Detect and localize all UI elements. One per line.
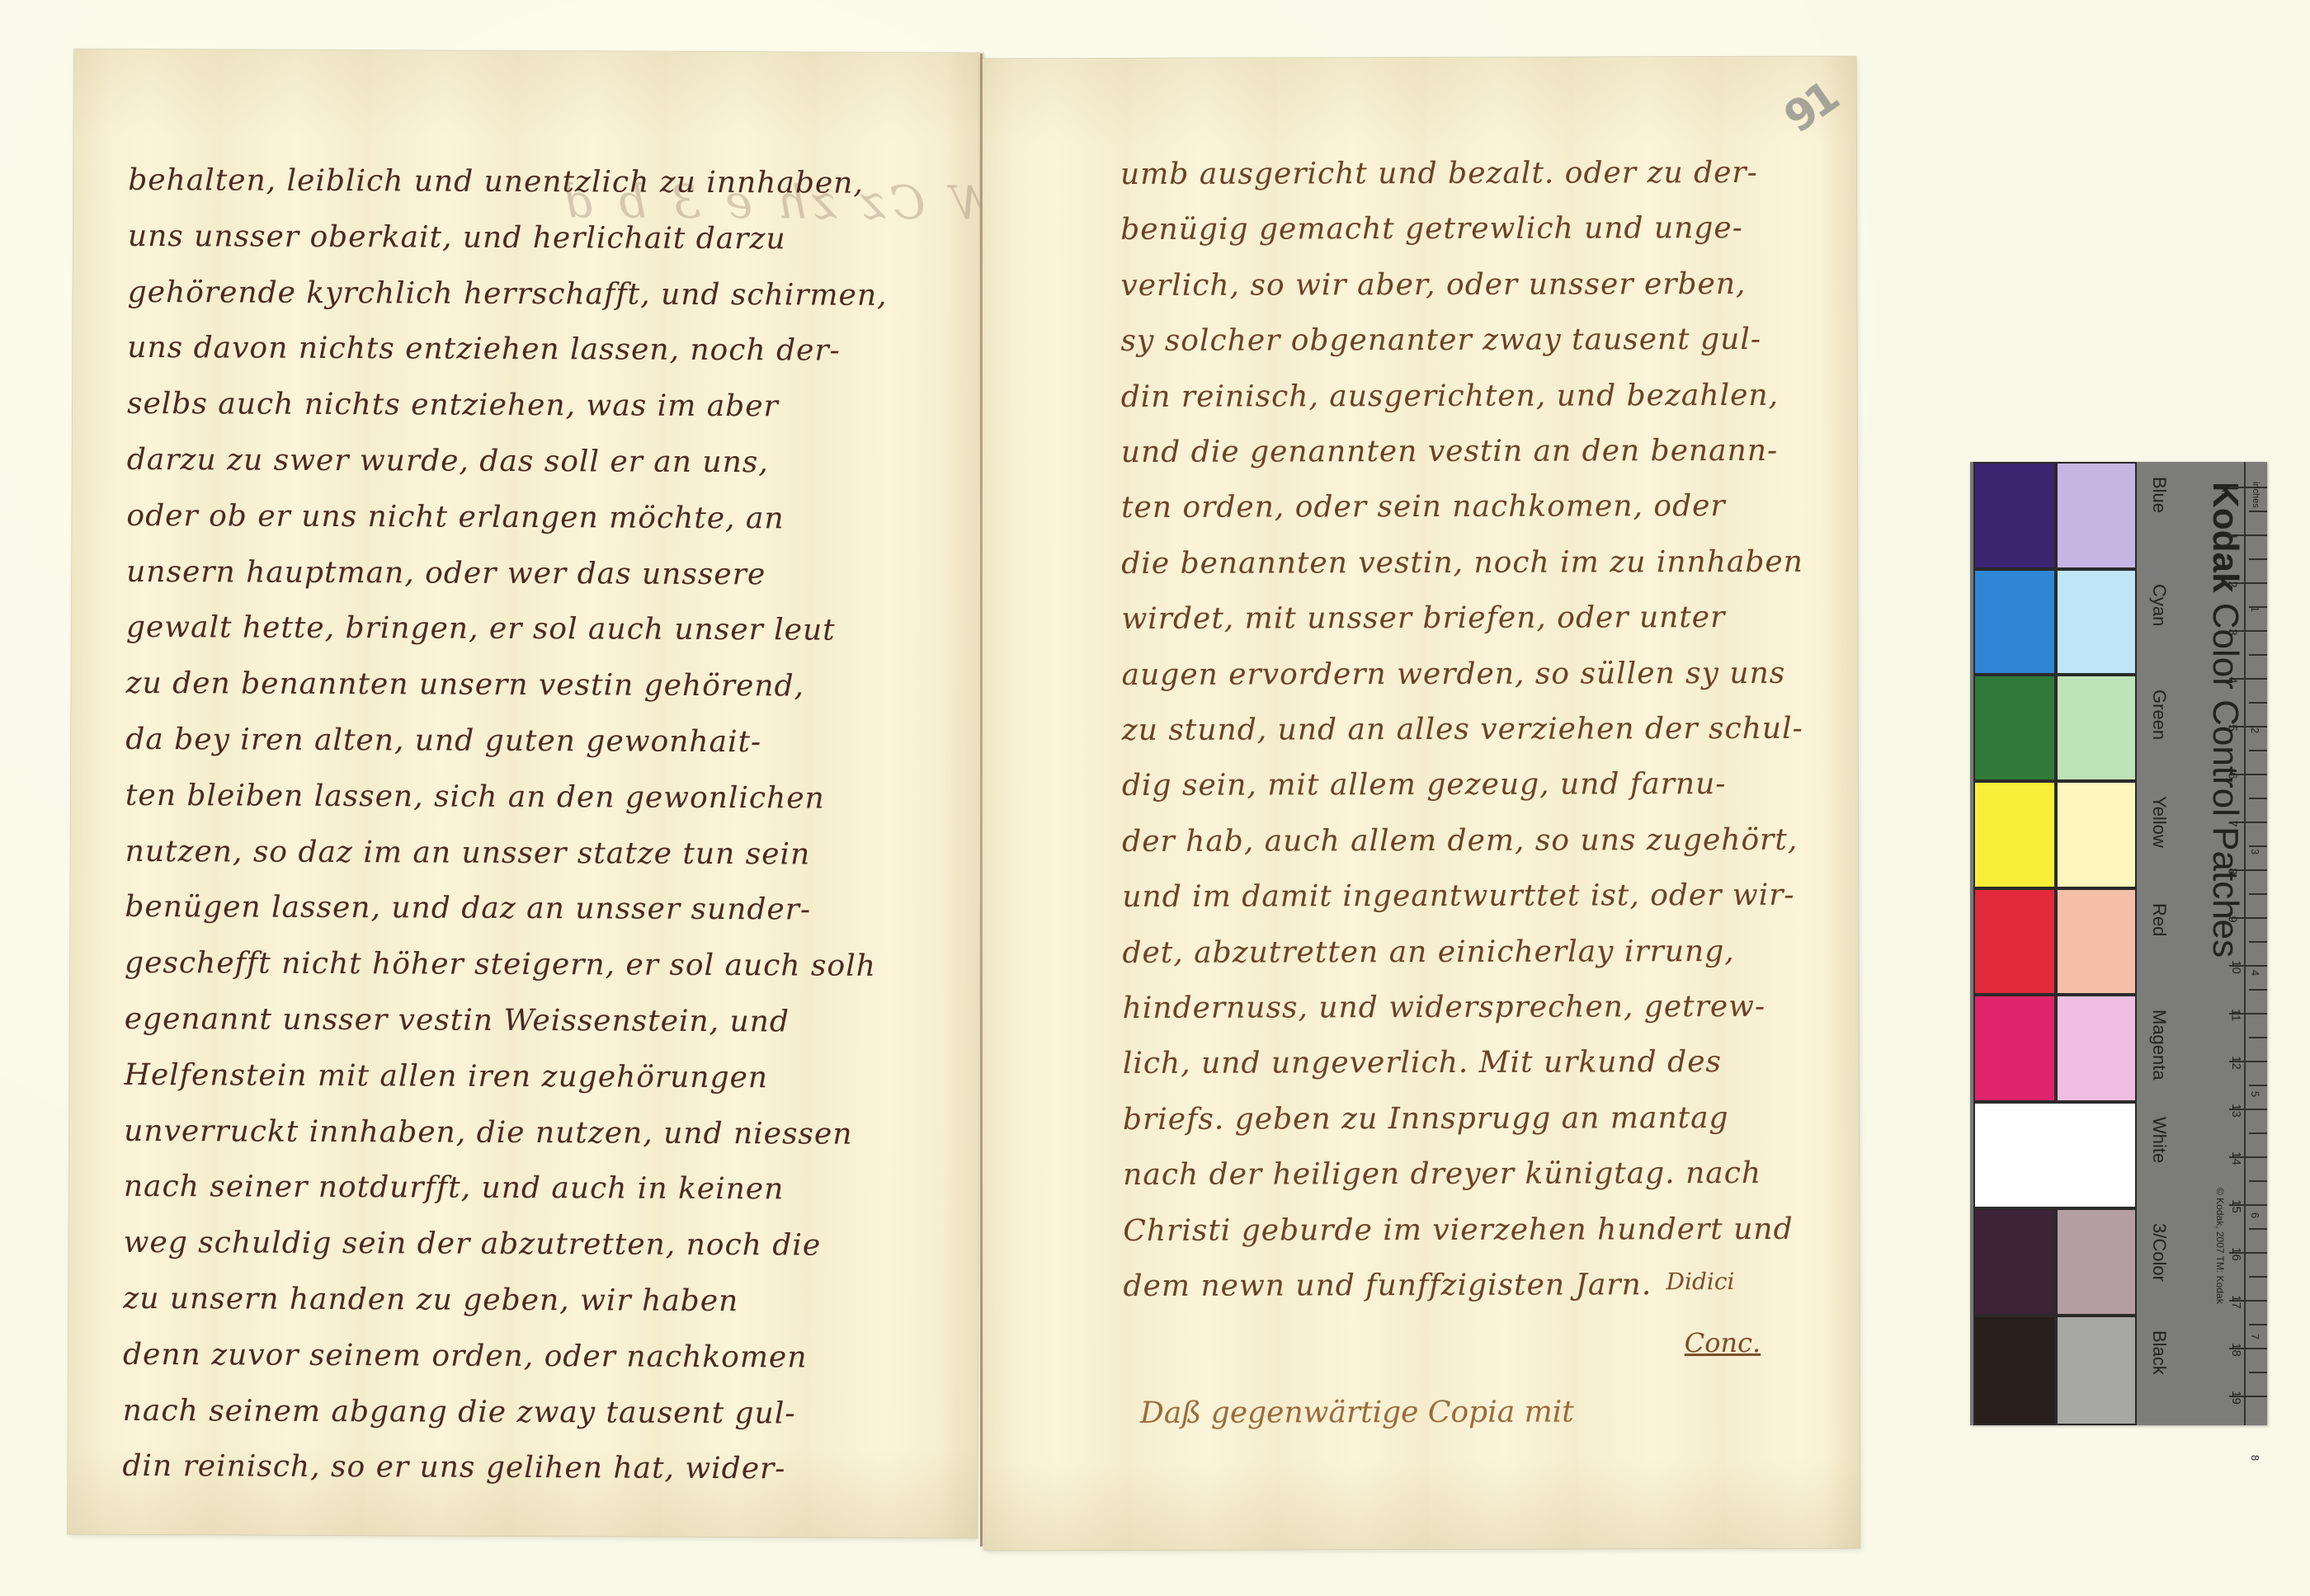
ruler-tick bbox=[2229, 487, 2267, 488]
annotation-conc: Conc. bbox=[1685, 1327, 1761, 1358]
patch-black-light bbox=[2056, 1316, 2137, 1425]
center-fold bbox=[980, 54, 983, 1547]
left-page-text: behalten, leiblich und unentzlich zu inn… bbox=[122, 163, 969, 1536]
annotation-didici: Didici bbox=[1666, 1268, 1734, 1295]
manuscript-line: benügen lassen, und daz an unsser sunder… bbox=[125, 890, 811, 927]
ruler-tick bbox=[2249, 654, 2267, 656]
manuscript-line: augen ervordern werden, so süllen sy uns bbox=[1122, 656, 1786, 691]
ruler-tick bbox=[2249, 798, 2267, 799]
manuscript-line: zu unsern handen zu geben, wir haben bbox=[123, 1282, 738, 1318]
manuscript-line: lich, und ungeverlich. Mit urkund des bbox=[1123, 1045, 1722, 1080]
manuscript-line: nach der heiligen dreyer künigtag. nach bbox=[1123, 1156, 1761, 1192]
brand-label: Kodak Color Control Patches bbox=[2204, 482, 2246, 958]
ruler-tick bbox=[2249, 702, 2267, 704]
title-text: Color Control Patches bbox=[2205, 603, 2246, 958]
cm-tick-label: 3 bbox=[2226, 629, 2240, 635]
cm-tick-label: 11 bbox=[2228, 1009, 2242, 1022]
inch-tick-label: 2 bbox=[2249, 727, 2261, 733]
manuscript-line: zu den benannten unsern vestin gehörend, bbox=[125, 666, 804, 704]
cm-tick-label: 9 bbox=[2226, 916, 2240, 922]
cm-tick-label: 17 bbox=[2229, 1295, 2243, 1309]
cm-tick-label: 12 bbox=[2229, 1056, 2243, 1070]
manuscript-line: ten orden, oder sein nachkomen, oder bbox=[1121, 489, 1726, 525]
cm-tick-label: 14 bbox=[2229, 1151, 2243, 1165]
copyright-label: © Kodak, 2007 TM: Kodak bbox=[2214, 1188, 2226, 1304]
manuscript-line: benügig gemacht getrewlich und unge- bbox=[1120, 211, 1743, 247]
closing-line: Daß gegenwärtige Copia mit bbox=[1140, 1396, 1574, 1430]
patch-label: Green bbox=[2148, 690, 2170, 740]
ruler-tick bbox=[2249, 893, 2267, 895]
manuscript-line: ten bleiben lassen, sich an den gewonlic… bbox=[125, 779, 825, 816]
manuscript-line: gehörende kyrchlich herrschafft, und sch… bbox=[128, 275, 888, 312]
ruler-tick bbox=[2249, 558, 2267, 560]
cm-tick-label: 18 bbox=[2229, 1343, 2243, 1357]
manuscript-line: die benannten vestin, noch im zu innhabe… bbox=[1121, 545, 1803, 581]
patch-label: Blue bbox=[2148, 477, 2170, 513]
manuscript-line: zu stund, und an alles verziehen der sch… bbox=[1122, 712, 1803, 747]
cm-tick-label: 4 bbox=[2226, 676, 2240, 683]
ruler: 1234567891011121314151617181912345678 bbox=[2244, 462, 2267, 1425]
manuscript-line: nach seinem abgang die zway tausent gul- bbox=[123, 1393, 796, 1430]
cm-tick-label: 1 bbox=[2226, 533, 2240, 539]
patch-yellow-light bbox=[2056, 781, 2137, 888]
ruler-tick bbox=[2249, 1276, 2267, 1278]
patch-3-color-dark bbox=[1973, 1208, 2056, 1316]
cm-tick-label: 6 bbox=[2226, 772, 2240, 779]
inch-tick-label: 4 bbox=[2249, 970, 2261, 976]
manuscript-line: unsern hauptman, oder wer das unssere bbox=[126, 554, 766, 591]
manuscript-line: darzu zu swer wurde, das soll er an uns, bbox=[127, 443, 769, 479]
manuscript-line: und die genannten vestin an den benann- bbox=[1121, 434, 1778, 469]
patch-label: Magenta bbox=[2148, 1010, 2170, 1080]
manuscript-line: weg schuldig sein der abzutretten, noch … bbox=[124, 1226, 822, 1263]
patch-yellow-dark bbox=[1973, 781, 2056, 888]
manuscript-line: da bey iren alten, und guten gewonhait- bbox=[125, 723, 761, 759]
patch-label: Cyan bbox=[2148, 584, 2170, 626]
ruler-tick bbox=[2249, 1372, 2267, 1373]
ruler-tick bbox=[2249, 1132, 2267, 1134]
manuscript-line: Christi geburde im vierzehen hundert und bbox=[1123, 1212, 1793, 1247]
ruler-unit-cm: cm bbox=[2219, 485, 2231, 498]
manuscript-page-right: umb ausgericht und bezalt. oder zu der-b… bbox=[980, 57, 1860, 1551]
manuscript-line: der hab, auch allem dem, so uns zugehört… bbox=[1122, 823, 1798, 859]
manuscript-line: wirdet, mit unsser briefen, oder unter bbox=[1121, 600, 1725, 636]
inch-tick-label: 8 bbox=[2249, 1455, 2261, 1461]
patch-label: White bbox=[2148, 1117, 2170, 1163]
manuscript-line: hindernuss, und widersprechen, getrew- bbox=[1123, 990, 1766, 1025]
cm-tick-label: 13 bbox=[2229, 1104, 2243, 1118]
manuscript-line: nach seiner notdurfft, und auch in keine… bbox=[124, 1170, 785, 1206]
manuscript-line: und im damit ingeantwurttet ist, oder wi… bbox=[1122, 878, 1794, 914]
manuscript-line: umb ausgericht und bezalt. oder zu der- bbox=[1120, 156, 1758, 191]
manuscript-line: unverruckt innhaben, die nutzen, und nie… bbox=[124, 1113, 852, 1151]
manuscript-line: dig sein, mit allem gezeug, und farnu- bbox=[1122, 767, 1727, 803]
patch-cyan-light bbox=[2056, 569, 2137, 675]
manuscript-line: uns unsser oberkait, und herlichait darz… bbox=[128, 219, 786, 256]
patch-label: Yellow bbox=[2148, 796, 2170, 848]
kodak-color-target: Kodak Color Control Patches © Kodak, 200… bbox=[1970, 462, 2267, 1425]
inch-tick-label: 5 bbox=[2249, 1091, 2261, 1097]
patch-green-dark bbox=[1973, 675, 2056, 781]
manuscript-line: din reinisch, so er uns gelihen hat, wid… bbox=[122, 1449, 785, 1486]
manuscript-line: behalten, leiblich und unentzlich zu inn… bbox=[128, 163, 864, 200]
manuscript-line: nutzen, so daz im an unsser statze tun s… bbox=[125, 834, 811, 871]
manuscript-line: uns davon nichts entziehen lassen, noch … bbox=[127, 331, 841, 368]
ruler-tick bbox=[2249, 989, 2267, 991]
patch-green-light bbox=[2056, 675, 2137, 781]
ruler-tick bbox=[2249, 941, 2267, 943]
inch-tick-label: 3 bbox=[2249, 849, 2261, 854]
patch-blue-dark bbox=[1973, 462, 2056, 569]
manuscript-line: denn zuvor seinem orden, oder nachkomen bbox=[123, 1338, 808, 1375]
patch-3-color-light bbox=[2056, 1208, 2137, 1316]
inch-tick-label: 7 bbox=[2249, 1334, 2261, 1339]
manuscript-line: briefs. geben zu Innsprugg an mantag bbox=[1123, 1101, 1729, 1137]
manuscript-line: verlich, so wir aber, oder unsser erben, bbox=[1120, 267, 1746, 303]
ruler-tick bbox=[2249, 1180, 2267, 1182]
ruler-unit-inches: inches bbox=[2251, 482, 2260, 508]
manuscript-page-left: W Cz zh e 3 b d behalten, leiblich und u… bbox=[68, 49, 983, 1538]
manuscript-line: Helfenstein mit allen iren zugehörungen bbox=[124, 1058, 768, 1095]
ruler-tick bbox=[2249, 1037, 2267, 1038]
ruler-tick bbox=[2249, 511, 2267, 512]
cm-tick-label: 8 bbox=[2226, 868, 2240, 874]
cm-tick-label: 10 bbox=[2229, 960, 2243, 974]
ruler-tick bbox=[2249, 1228, 2267, 1230]
cm-tick-label: 2 bbox=[2226, 581, 2240, 587]
manuscript-line: dem newn und funffzigisten Jarn. bbox=[1123, 1268, 1652, 1303]
ruler-tick bbox=[2249, 750, 2267, 751]
manuscript-line: din reinisch, ausgerichten, und bezahlen… bbox=[1121, 378, 1779, 413]
patch-red-light bbox=[2056, 888, 2137, 995]
patch-black-dark bbox=[1973, 1316, 2056, 1425]
manuscript-line: selbs auch nichts entziehen, was im aber bbox=[127, 387, 779, 423]
manuscript-line: sy solcher obgenanter zway tausent gul- bbox=[1120, 322, 1761, 358]
patch-cyan-dark bbox=[1973, 569, 2056, 675]
manuscript-line: det, abzutretten an einicherlay irrung, bbox=[1122, 935, 1734, 970]
ruler-tick bbox=[2249, 1085, 2267, 1086]
inch-tick-label: 6 bbox=[2249, 1212, 2261, 1218]
manuscript-line: gewalt hette, bringen, er sol auch unser… bbox=[126, 610, 836, 647]
cm-tick-label: 16 bbox=[2229, 1247, 2243, 1261]
right-page-text: umb ausgericht und bezalt. oder zu der-b… bbox=[1120, 156, 1850, 1395]
patch-label: Black bbox=[2148, 1330, 2170, 1375]
manuscript-line: egenannt unsser vestin Weissenstein, und bbox=[125, 1002, 790, 1039]
cm-tick-label: 19 bbox=[2229, 1391, 2243, 1405]
inch-tick-label: 1 bbox=[2249, 606, 2261, 612]
manuscript-line: geschefft nicht höher steigern, er sol a… bbox=[125, 946, 876, 983]
cm-tick-label: 15 bbox=[2229, 1199, 2243, 1213]
patch-magenta-dark bbox=[1973, 995, 2056, 1102]
patch-magenta-light bbox=[2056, 995, 2137, 1102]
patch-white bbox=[1973, 1102, 2137, 1208]
patch-blue-light bbox=[2056, 462, 2137, 569]
ruler-tick bbox=[2249, 1324, 2267, 1325]
cm-tick-label: 7 bbox=[2226, 820, 2240, 826]
cm-tick-label: 5 bbox=[2226, 724, 2240, 731]
manuscript-line: oder ob er uns nicht erlangen möchte, an bbox=[126, 499, 784, 535]
gray-label-strip: Kodak Color Control Patches © Kodak, 200… bbox=[2137, 462, 2267, 1425]
ruler-tick bbox=[2249, 845, 2267, 847]
patch-label: Red bbox=[2148, 903, 2170, 936]
patch-red-dark bbox=[1973, 888, 2056, 995]
patch-label: 3/Color bbox=[2148, 1223, 2170, 1282]
